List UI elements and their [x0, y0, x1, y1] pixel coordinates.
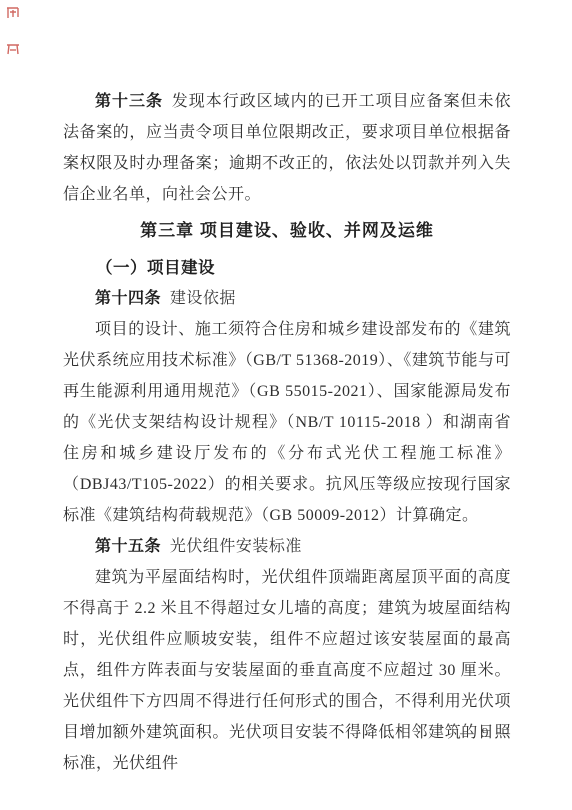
red-stamp-fragment-icon — [5, 5, 21, 21]
paragraph-article-14: 项目的设计、施工须符合住房和城乡建设部发布的《建筑光伏系统应用技术标准》（GB/… — [63, 314, 511, 531]
article-15-heading: 第十五条光伏组件安装标准 — [63, 531, 511, 562]
article-14-title: 建设依据 — [170, 290, 236, 307]
article-15-title: 光伏组件安装标准 — [170, 538, 302, 555]
article-13-number: 第十三条 — [95, 93, 163, 110]
article-14-text: 项目的设计、施工须符合住房和城乡建设部发布的《建筑光伏系统应用技术标准》（GB/… — [63, 321, 511, 524]
paragraph-article-15: 建筑为平屋面结构时，光伏组件顶端距离屋顶平面的高度不得高于 2.2 米且不得超过… — [63, 562, 511, 779]
article-15-text: 建筑为平屋面结构时，光伏组件顶端距离屋顶平面的高度不得高于 2.2 米且不得超过… — [63, 569, 511, 772]
article-14-heading: 第十四条建设依据 — [63, 283, 511, 314]
document-page: 第十三条发现本行政区域内的已开工项目应备案但未依法备案的，应当责令项目单位限期改… — [0, 0, 572, 810]
paragraph-article-13: 第十三条发现本行政区域内的已开工项目应备案但未依法备案的，应当责令项目单位限期改… — [63, 86, 511, 210]
article-14-number: 第十四条 — [95, 290, 161, 307]
red-stamp-fragment-icon — [5, 41, 21, 57]
article-15-number: 第十五条 — [95, 538, 161, 555]
document-body: 第十三条发现本行政区域内的已开工项目应备案但未依法备案的，应当责令项目单位限期改… — [63, 86, 511, 779]
chapter-heading: 第三章 项目建设、验收、并网及运维 — [63, 215, 511, 246]
page-number: — 9 — — [460, 726, 512, 742]
section-heading: （一）项目建设 — [63, 252, 511, 283]
